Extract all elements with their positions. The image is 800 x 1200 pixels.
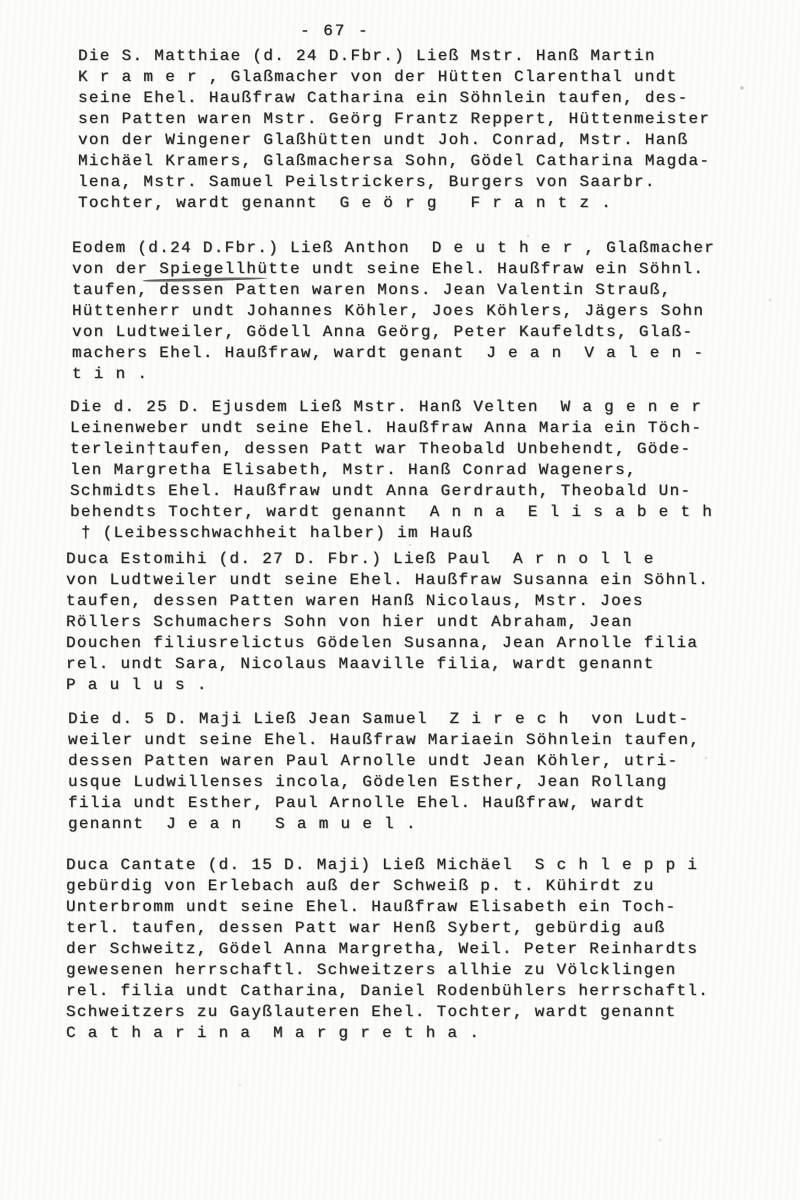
document-page: - 67 - Die S. Matthiae (d. 24 D.Fbr.) Li… bbox=[0, 0, 800, 1200]
baptism-entry-3: Die d. 25 D. Ejusdem Ließ Mstr. Hanß Vel… bbox=[70, 397, 713, 544]
baptism-entry-6: Duca Cantate (d. 15 D. Maji) Ließ Michäe… bbox=[66, 855, 709, 1044]
baptism-entry-1: Die S. Matthiae (d. 24 D.Fbr.) Ließ Mstr… bbox=[78, 46, 710, 214]
page-number: - 67 - bbox=[300, 21, 370, 42]
baptism-entry-5: Die d. 5 D. Maji Ließ Jean Samuel Z i r … bbox=[68, 709, 700, 835]
baptism-entry-2: Eodem (d.24 D.Fbr.) Ließ Anthon D e u t … bbox=[72, 238, 715, 385]
baptism-entry-4: Duca Estomihi (d. 27 D. Fbr.) Ließ Paul … bbox=[66, 549, 709, 696]
